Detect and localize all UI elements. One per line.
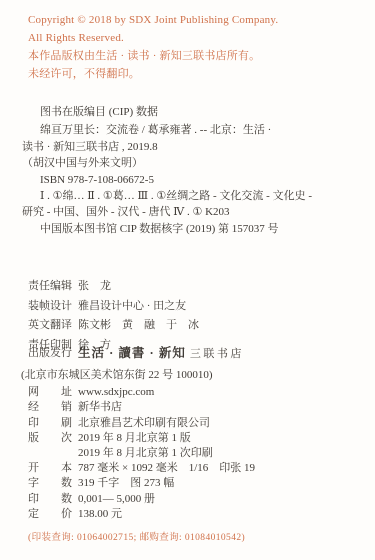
pub-value: 2019 年 8 月北京第 1 版 (78, 432, 191, 444)
pub-row-printer: 印刷北京雅昌艺术印刷有限公司 (28, 416, 365, 431)
colophon-page: { "colors": { "accent": "#d0714a", "text… (0, 0, 375, 560)
credit-row-design: 装帧设计雅昌设计中心 · 田之友 (28, 297, 361, 317)
pub-value: 138.00 元 (78, 508, 122, 520)
pub-label: 开本 (28, 461, 72, 476)
credit-row-editor: 责任编辑张 龙 (28, 277, 361, 297)
credit-label: 责任编辑 (28, 277, 72, 297)
pub-row-distributor: 经销新华书店 (28, 400, 365, 415)
cip-classification-line-1: Ⅰ . ①绵… Ⅱ . ①葛… Ⅲ . ①丝绸之路 - 文化交流 - 文化史 - (22, 188, 361, 204)
pub-label: 版次 (28, 431, 72, 446)
pub-label: 印刷 (28, 416, 72, 431)
pub-value: 787 毫米 × 1092 毫米 1/16 印张 19 (78, 462, 255, 474)
cip-entry-line-1: 绵亘万里长：交流卷 / 葛承雍著 . -- 北京：生活 · (22, 122, 361, 138)
credit-value: 陈文彬 黄 融 于 冰 (78, 319, 199, 331)
credit-label: 英文翻译 (28, 316, 72, 336)
publisher-name: 三联书店 (190, 348, 244, 360)
credit-value: 张 龙 (78, 280, 111, 292)
cip-classification-line-2: 研究 - 中国、国外 - 汉代 - 唐代 Ⅳ . ① K203 (22, 204, 361, 220)
copyright-line-en-2: All Rights Reserved. (28, 29, 361, 47)
cip-data-block: 图书在版编目 (CIP) 数据 绵亘万里长：交流卷 / 葛承雍著 . -- 北京… (22, 104, 361, 237)
pub-value: 新华书店 (78, 401, 122, 413)
copyright-line-zh-1: 本作品版权由生活 · 读书 · 新知三联书店所有。 (28, 47, 361, 65)
cip-isbn: ISBN 978-7-108-06672-5 (22, 172, 361, 188)
pub-value: 319 千字 图 273 幅 (78, 477, 174, 489)
pub-value: 北京雅昌艺术印刷有限公司 (78, 417, 210, 429)
pub-row-wordcount: 字数319 千字 图 273 幅 (28, 476, 365, 491)
publication-info-block: 出版发行生活 · 讀書 · 新知三联书店 (北京市东城区美术馆东街 22 号 1… (28, 344, 365, 522)
copyright-line-en-1: Copyright © 2018 by SDX Joint Publishing… (28, 11, 361, 29)
publisher-row: 出版发行生活 · 讀書 · 新知三联书店 (28, 344, 365, 363)
credit-row-translation: 英文翻译陈文彬 黄 融 于 冰 (28, 316, 361, 336)
cip-record-number: 中国版本图书馆 CIP 数据核字 (2019) 第 157037 号 (22, 221, 361, 237)
pub-row-price: 定价138.00 元 (28, 507, 365, 522)
pub-row-edition: 版次2019 年 8 月北京第 1 版 (28, 431, 365, 446)
cip-title: 图书在版编目 (CIP) 数据 (22, 104, 361, 120)
pub-label: 定价 (28, 507, 72, 522)
credit-label: 装帧设计 (28, 297, 72, 317)
pub-row-website: 网址www.sdxjpc.com (28, 385, 365, 400)
pub-row-format: 开本787 毫米 × 1092 毫米 1/16 印张 19 (28, 461, 365, 476)
cip-series-note: （胡汉中国与外来文明） (22, 155, 361, 171)
publisher-label: 出版发行 (28, 344, 72, 362)
credit-value: 雅昌设计中心 · 田之友 (78, 300, 186, 312)
pub-label: 字数 (28, 476, 72, 491)
pub-label: 经销 (28, 400, 72, 415)
publisher-address: (北京市东城区美术馆东街 22 号 100010) (21, 368, 365, 383)
pub-row-edition-printing: 2019 年 8 月北京第 1 次印刷 (28, 446, 365, 461)
copyright-line-zh-2: 未经许可，不得翻印。 (28, 65, 361, 83)
pub-label: 印数 (28, 492, 72, 507)
copyright-notice: Copyright © 2018 by SDX Joint Publishing… (28, 11, 361, 83)
pub-value: 2019 年 8 月北京第 1 次印刷 (78, 447, 213, 459)
inquiry-phone-line: (印装查询: 01064002715; 邮购查询: 01084010542) (28, 529, 365, 543)
publisher-brand-logotype: 生活 · 讀書 · 新知 (78, 346, 186, 360)
pub-value: 0,001— 5,000 册 (78, 493, 155, 505)
pub-value-website: www.sdxjpc.com (78, 386, 154, 398)
pub-label: 网址 (28, 385, 72, 400)
pub-row-printrun: 印数0,001— 5,000 册 (28, 492, 365, 507)
cip-entry-line-2: 读书 · 新知三联书店 , 2019.8 (22, 139, 361, 155)
